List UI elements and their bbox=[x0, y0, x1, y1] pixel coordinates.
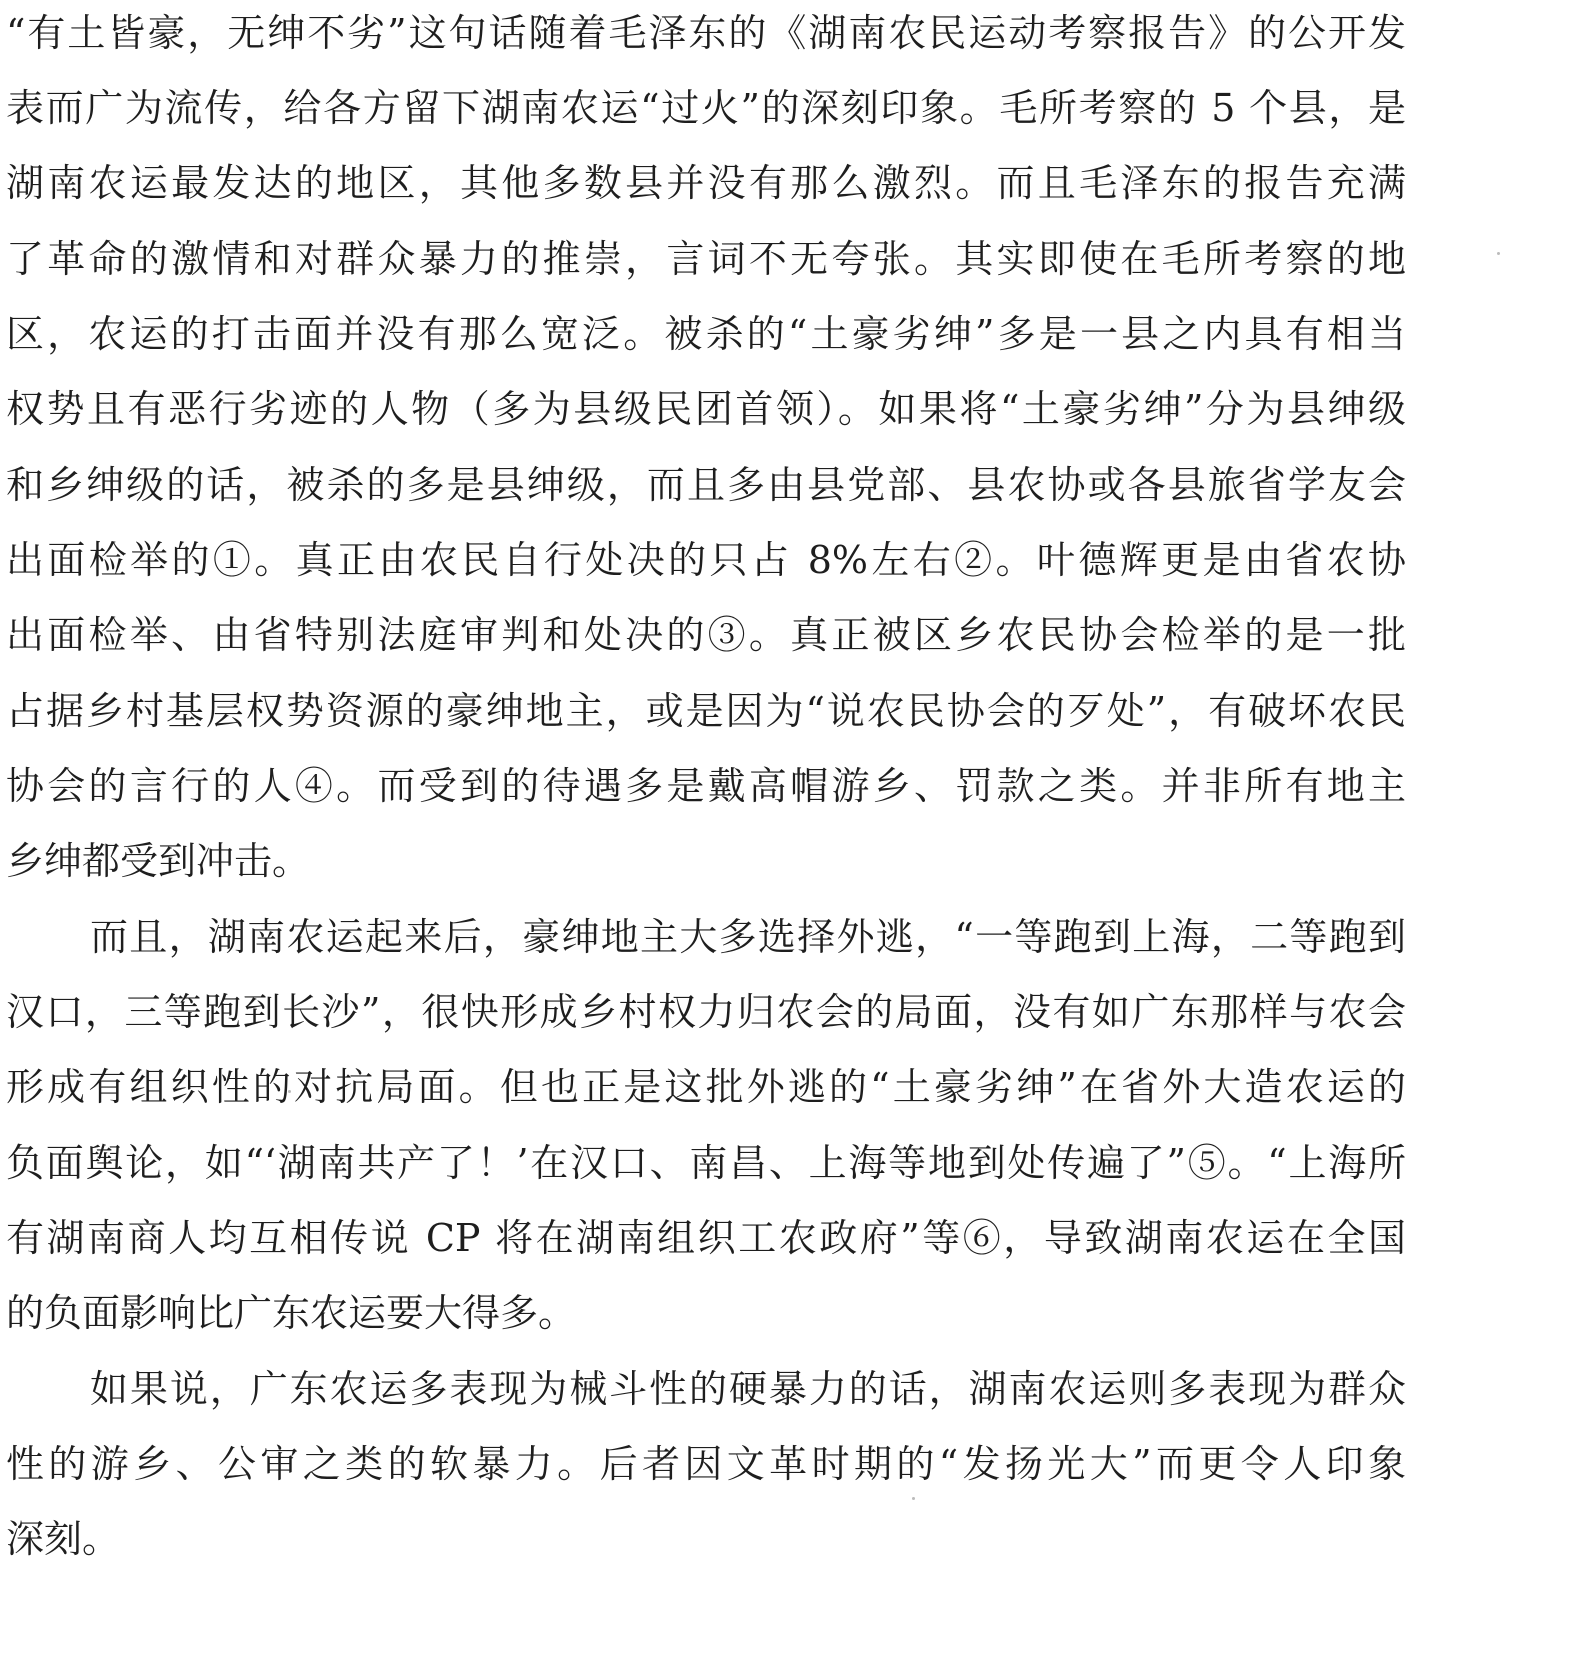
text-line: 出面检举、由省特别法庭审判和处决的③。真正被区乡农民协会检举的是一批 bbox=[6, 598, 1406, 673]
text-line: 形成有组织性的对抗局面。但也正是这批外逃的“土豪劣绅”在省外大造农运的 bbox=[6, 1050, 1406, 1125]
text-line: 协会的言行的人④。而受到的待遇多是戴高帽游乡、罚款之类。并非所有地主 bbox=[6, 749, 1406, 824]
text-line: 有湖南商人均互相传说 CP 将在湖南组织工农政府”等⑥，导致湖南农运在全国 bbox=[6, 1201, 1406, 1276]
text-line: 汉口，三等跑到长沙”，很快形成乡村权力归农会的局面，没有如广东那样与农会 bbox=[6, 975, 1406, 1050]
text-line: 和乡绅级的话，被杀的多是县绅级，而且多由县党部、县农协或各县旅省学友会 bbox=[6, 448, 1406, 523]
text-line: 性的游乡、公审之类的软暴力。后者因文革时期的“发扬光大”而更令人印象 bbox=[6, 1427, 1406, 1502]
scan-speck bbox=[912, 1497, 915, 1500]
text-line: “有土皆豪，无绅不劣”这句话随着毛泽东的《湖南农民运动考察报告》的公开发 bbox=[6, 0, 1406, 71]
text-line: 了革命的激情和对群众暴力的推崇，言词不无夸张。其实即使在毛所考察的地 bbox=[6, 222, 1406, 297]
text-line: 权势且有恶行劣迹的人物（多为县级民团首领）。如果将“土豪劣绅”分为县绅级 bbox=[6, 372, 1406, 447]
text-line: 区，农运的打击面并没有那么宽泛。被杀的“土豪劣绅”多是一县之内具有相当 bbox=[6, 297, 1406, 372]
text-line: 表而广为流传，给各方留下湖南农运“过火”的深刻印象。毛所考察的 5 个县，是 bbox=[6, 71, 1406, 146]
text-line: 湖南农运最发达的地区，其他多数县并没有那么激烈。而且毛泽东的报告充满 bbox=[6, 146, 1406, 221]
text-line: 的负面影响比广东农运要大得多。 bbox=[6, 1276, 1406, 1351]
scan-speck bbox=[1497, 252, 1500, 255]
text-line: 乡绅都受到冲击。 bbox=[6, 824, 1406, 899]
scan-speck bbox=[288, 1090, 291, 1093]
text-line: 负面舆论，如“‘湖南共产了！’在汉口、南昌、上海等地到处传遍了”⑤。“上海所 bbox=[6, 1126, 1406, 1201]
text-line: 而且，湖南农运起来后，豪绅地主大多选择外逃，“一等跑到上海，二等跑到 bbox=[6, 900, 1406, 975]
text-line: 占据乡村基层权势资源的豪绅地主，或是因为“说农民协会的歹处”，有破坏农民 bbox=[6, 674, 1406, 749]
text-line: 如果说，广东农运多表现为械斗性的硬暴力的话，湖南农运则多表现为群众 bbox=[6, 1352, 1406, 1427]
text-line: 出面检举的①。真正由农民自行处决的只占 8%左右②。叶德辉更是由省农协 bbox=[6, 523, 1406, 598]
text-line: 深刻。 bbox=[6, 1502, 1406, 1577]
